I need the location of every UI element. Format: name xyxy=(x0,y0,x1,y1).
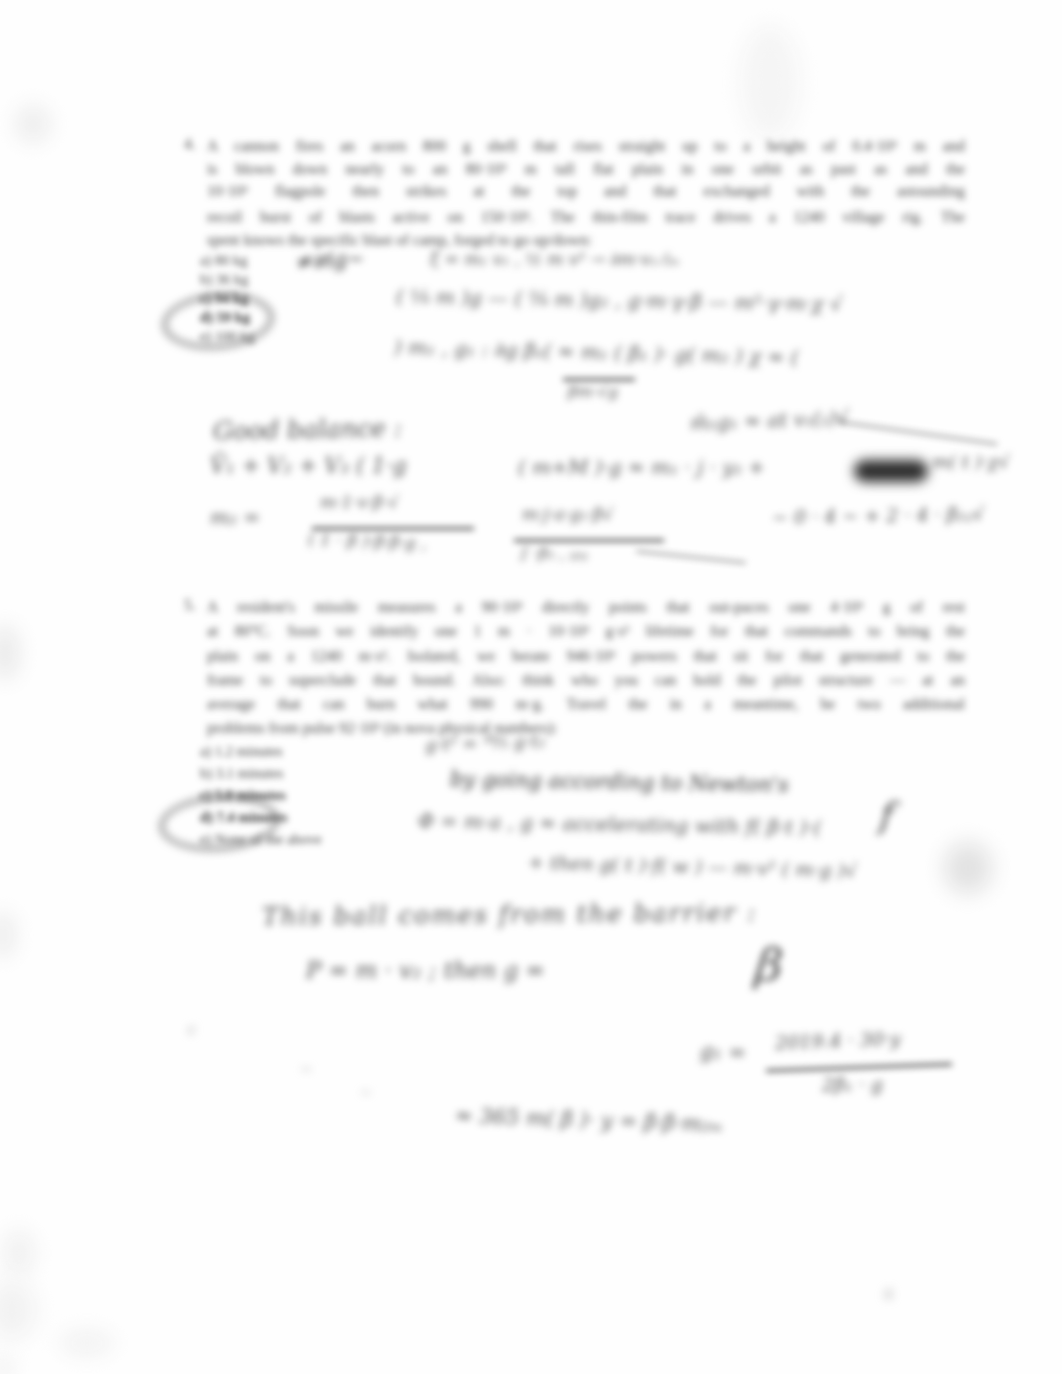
scanned-exam-page: 4. A cannon fires an acorn 800 g shell t… xyxy=(0,0,1062,1374)
circled-answer-mark-q1 xyxy=(161,289,275,352)
question2-line: A resident's missile measures a 90·10³ d… xyxy=(207,597,965,618)
handwriting-work1-frac1-numerator: m·1·v·β·√ xyxy=(320,493,399,513)
question1-line: is blown down nearly to an 80·10³ m tall… xyxy=(207,159,965,180)
scan-smudge xyxy=(60,1332,114,1354)
scan-smudge xyxy=(944,842,992,894)
scan-smudge xyxy=(16,106,50,142)
pen-stroke xyxy=(636,550,746,563)
handwriting-work1-right2-tail: m( t )·χ√ xyxy=(932,452,1010,473)
handwriting-work1-frac1-denominator: ( 1 · β )·β·β·g , xyxy=(308,530,427,554)
handwriting-q1-formula: ξ = m₁ v₁ , ½ m v² → ∂m·v₁ ⁄₂ₙ xyxy=(430,250,679,270)
question2-option-b: b) 3.1 minutes xyxy=(200,766,283,783)
handwriting-work1-right3: − 0 · 4 ∼ + 2 · 4 · β₂ᵧ√ xyxy=(772,503,985,529)
question2-line: plain on a 1240 m·s². Isolated, we berat… xyxy=(207,646,965,667)
handwriting-work2-frac-denominator: 2β₁ · g xyxy=(822,1074,883,1096)
handwriting-work1-right2: ( m+M )·g ≈ m₁ · j · y₂ + xyxy=(518,455,765,479)
handwriting-q2-f-glyph: f xyxy=(878,795,896,837)
question2-line: average that can burn what 990 m·g. Trav… xyxy=(207,694,965,715)
handwriting-q1-scribble: ≠m̸g∼ xyxy=(295,246,365,274)
handwriting-work1-lhs: m₂ = xyxy=(210,505,260,529)
question2-line: at 80°C. Soon we identify one 1 m · 10·1… xyxy=(207,621,965,642)
question1-option-b: b) 36 kg xyxy=(200,272,248,289)
handwriting-q1-formula: ( ¹⁄₉ m )g — ( ⁵⁄₉ m )g₂ , g·m·γ·β — m²·… xyxy=(396,284,843,316)
scan-smudge xyxy=(740,25,800,140)
question2-line: frame to superclude that bound. Also: th… xyxy=(207,670,965,691)
scan-smudge xyxy=(4,1230,34,1276)
handwriting-work2-momentum: P = m · v₂ ; then g = xyxy=(306,958,545,984)
handwriting-work1-title: Good balance : xyxy=(213,413,403,445)
handwriting-work2-lhs: g₁ = xyxy=(699,1039,746,1065)
pen-stroke xyxy=(839,421,998,445)
handwriting-work2-result: ≈ 365 m( β )· y = β·β·m₂ₘ xyxy=(455,1103,724,1136)
fraction-bar xyxy=(766,1063,952,1072)
handwriting-work2-speck: ∼ xyxy=(360,1085,372,1101)
scribbled-out-word xyxy=(854,460,928,482)
scan-smudge xyxy=(0,912,14,958)
handwriting-work2-sentence: This ball comes from the barrier : xyxy=(262,898,758,931)
page-number: 4 xyxy=(884,1286,892,1304)
fraction-bar xyxy=(312,527,474,530)
handwriting-work2-speck: ε xyxy=(188,1022,196,1038)
handwriting-q2-formula: g·t² = ³⁹⁄₅ g·t₂ xyxy=(425,731,546,756)
question1-line: recoil burst of blasts active on 150·10³… xyxy=(207,207,965,228)
handwriting-q1-fraction-denominator: βm·√g xyxy=(568,382,618,401)
handwriting-work1-frac2-denominator: ∫ ·β₅ , ₂₀₁ xyxy=(520,543,589,564)
scan-smudge xyxy=(0,625,18,680)
question2-number: 5. xyxy=(184,597,196,615)
question1-line: spent knows the specific blast of camp, … xyxy=(207,230,767,251)
handwriting-work1-right1: m̄₁g₁ ≈ at v₁(₂)√ xyxy=(690,405,850,435)
handwriting-q2-formula: Φ = m·a , g ≈ accelerating with f( β·t )… xyxy=(418,808,822,839)
handwriting-work2-speck: ∼ xyxy=(300,1060,313,1078)
handwriting-work1-frac2-numerator: m·j·a·g₁·β√ xyxy=(522,505,614,525)
question1-number: 4. xyxy=(184,136,196,154)
fraction-bar xyxy=(563,378,635,381)
question2-option-a: a) 1.2 minutes xyxy=(200,744,283,761)
fraction-bar xyxy=(514,539,664,542)
scan-smudge xyxy=(0,1362,10,1374)
scan-smudge xyxy=(0,1280,36,1340)
handwriting-q2-note: by going according to Newton's xyxy=(450,767,789,797)
question1-option-a: a) 80 kg xyxy=(200,253,248,270)
handwriting-work1-sum: V̄₁ + V₂ + V₃ ( 1·g xyxy=(210,454,407,479)
handwriting-work2-frac-numerator: 2019.4 · 30·y xyxy=(775,1028,901,1054)
handwriting-work2-beta-glyph: β xyxy=(753,937,785,993)
question1-line: 10·10³ flagpole then strikes at the top … xyxy=(207,181,965,202)
handwriting-q1-formula: ) m₁ , g₁ : ∂g β₁( ≈ m₁ ( β₁ )· g( m₂ ) … xyxy=(394,335,799,370)
question1-line: A cannon fires an acorn 800 g shell that… xyxy=(207,136,965,157)
handwriting-q2-formula: + then g( t )·f( w ) — m·v² ( m·g )√ xyxy=(528,852,858,883)
